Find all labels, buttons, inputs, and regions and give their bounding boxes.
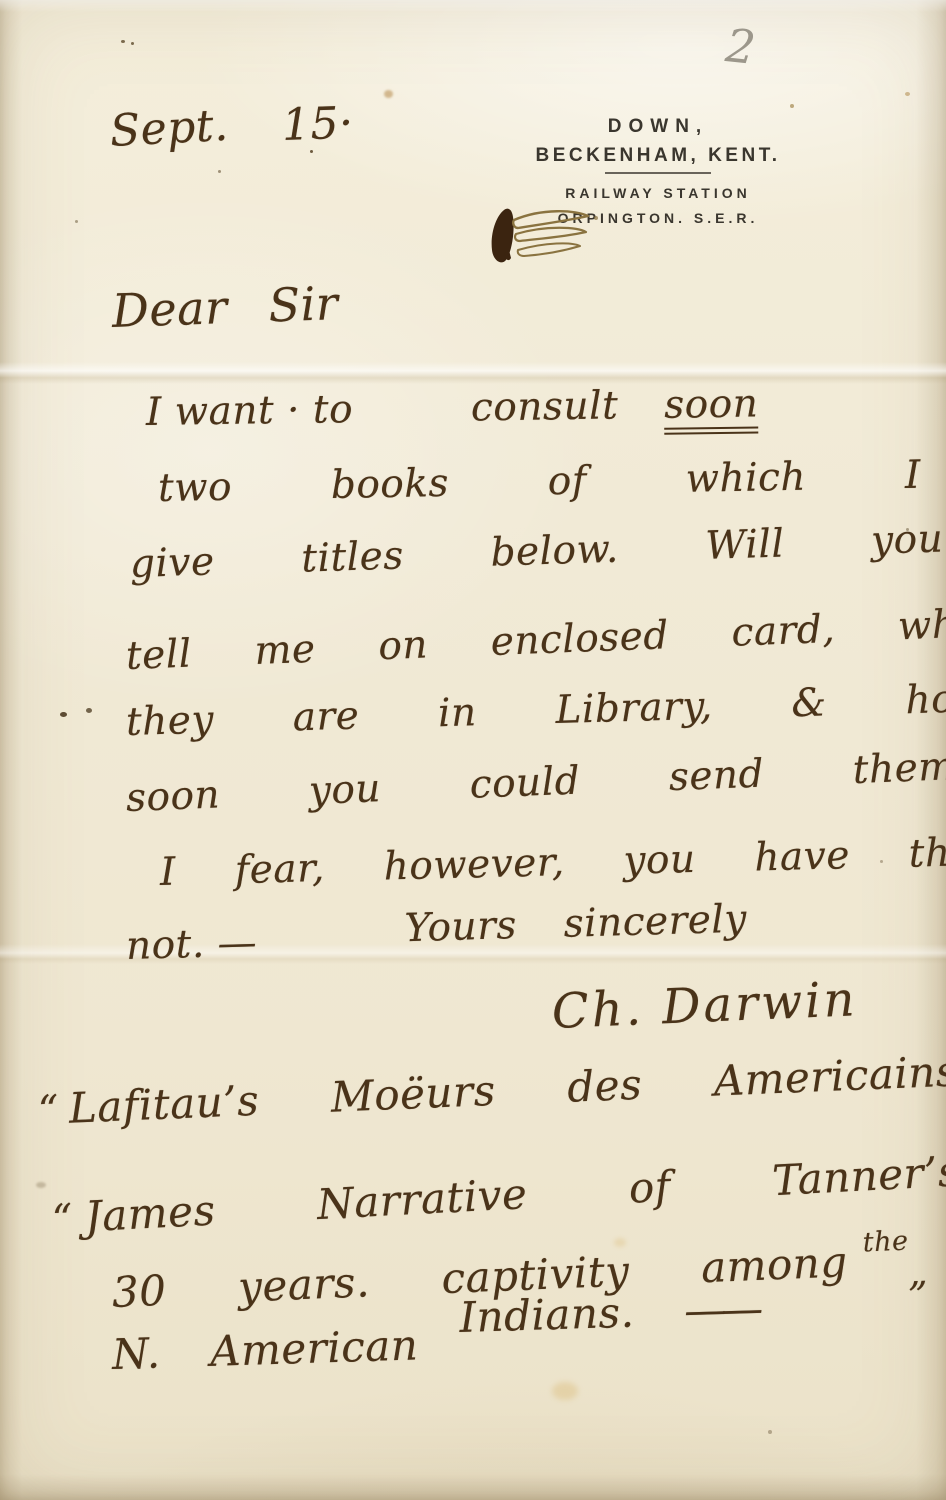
book-title-1: “Lafitau’s Moëurs des Americains”‚— (37, 1042, 946, 1135)
foxing-speck (768, 1430, 772, 1434)
book-title-2-end-dash: —— (683, 1284, 759, 1335)
foxing-speck (384, 90, 393, 98)
body-line-1-prefix: I want · to (146, 387, 354, 435)
foxing-speck (905, 92, 910, 96)
body-line-4: tell me on enclosed card, whether (125, 598, 946, 679)
book-title-1-text: Lafitau’s Moëurs des Americains (68, 1046, 946, 1132)
book-title-2-superscript-the: the (862, 1226, 909, 1259)
pencil-smudge (36, 1182, 46, 1188)
foxing-speck (218, 170, 221, 173)
foxing-speck (131, 42, 134, 45)
foxing-speck (790, 104, 794, 108)
body-line-1: I want · toconsultsoon (146, 381, 759, 442)
book-title-2-line-3a: N. American (111, 1320, 419, 1379)
body-line-5: they are in Library, & how (125, 676, 946, 745)
letterhead-line-railway: RAILWAY STATION (488, 185, 828, 201)
book-title-2-line-1-text: James Narrative of Tanner’s (84, 1146, 946, 1241)
body-line-6: soon you could send them. (125, 744, 946, 821)
body-line-1-verb: consult (471, 383, 619, 430)
book-title-1-open-quote: “ (37, 1087, 60, 1134)
body-line-8-start: not. — (125, 920, 257, 969)
ink-blot-doodle (484, 204, 608, 268)
fold-crease-upper (0, 362, 946, 384)
book-title-2-line-1: “James Narrative of Tanner’s (51, 1146, 946, 1243)
book-title-2-line-3: N. AmericanIndians. —— (111, 1310, 759, 1379)
body-line-1-underlined-word: soon (664, 384, 759, 434)
book-title-2-open-quote: “ (51, 1196, 74, 1243)
foxing-speck (75, 220, 78, 223)
book-title-2-line-3b: Indians. —— (459, 1284, 759, 1342)
body-line-3: give titles below. Will you (129, 516, 944, 587)
letterhead-underline (605, 172, 711, 174)
letter-date-day: 15· (281, 98, 354, 151)
paper-edge-shadow-left (0, 0, 22, 1500)
signature: Ch. Darwin (551, 971, 859, 1040)
pencil-page-number: 2 (723, 18, 758, 75)
letterhead-line-beckenham: BECKENHAM, KENT. (488, 145, 828, 167)
salutation: Dear Sir (111, 276, 339, 338)
body-line-8: not. —Yours sincerely (125, 907, 747, 969)
paper-edge-shadow-bottom (0, 1474, 946, 1500)
paper-edge-highlight-top (0, 0, 946, 12)
valediction: Yours sincerely (404, 897, 747, 952)
book-title-2-indians: Indians. (459, 1288, 635, 1342)
foxing-speck (310, 150, 313, 153)
foxing-speck (121, 40, 125, 43)
body-line-7: I fear, however, you have them (159, 829, 946, 895)
body-line-2: two books of which I (158, 453, 922, 511)
ink-fleck (60, 712, 67, 717)
book-title-2-close-quote: „ (907, 1250, 929, 1295)
letterhead-line-down: DOWN, (488, 116, 828, 138)
ink-fleck (86, 708, 92, 713)
letter-date-month: Sept. (109, 100, 230, 157)
letter-page: 2 Sept. 15· DOWN, BECKENHAM, KENT. RAILW… (0, 0, 946, 1500)
stain (552, 1382, 578, 1400)
